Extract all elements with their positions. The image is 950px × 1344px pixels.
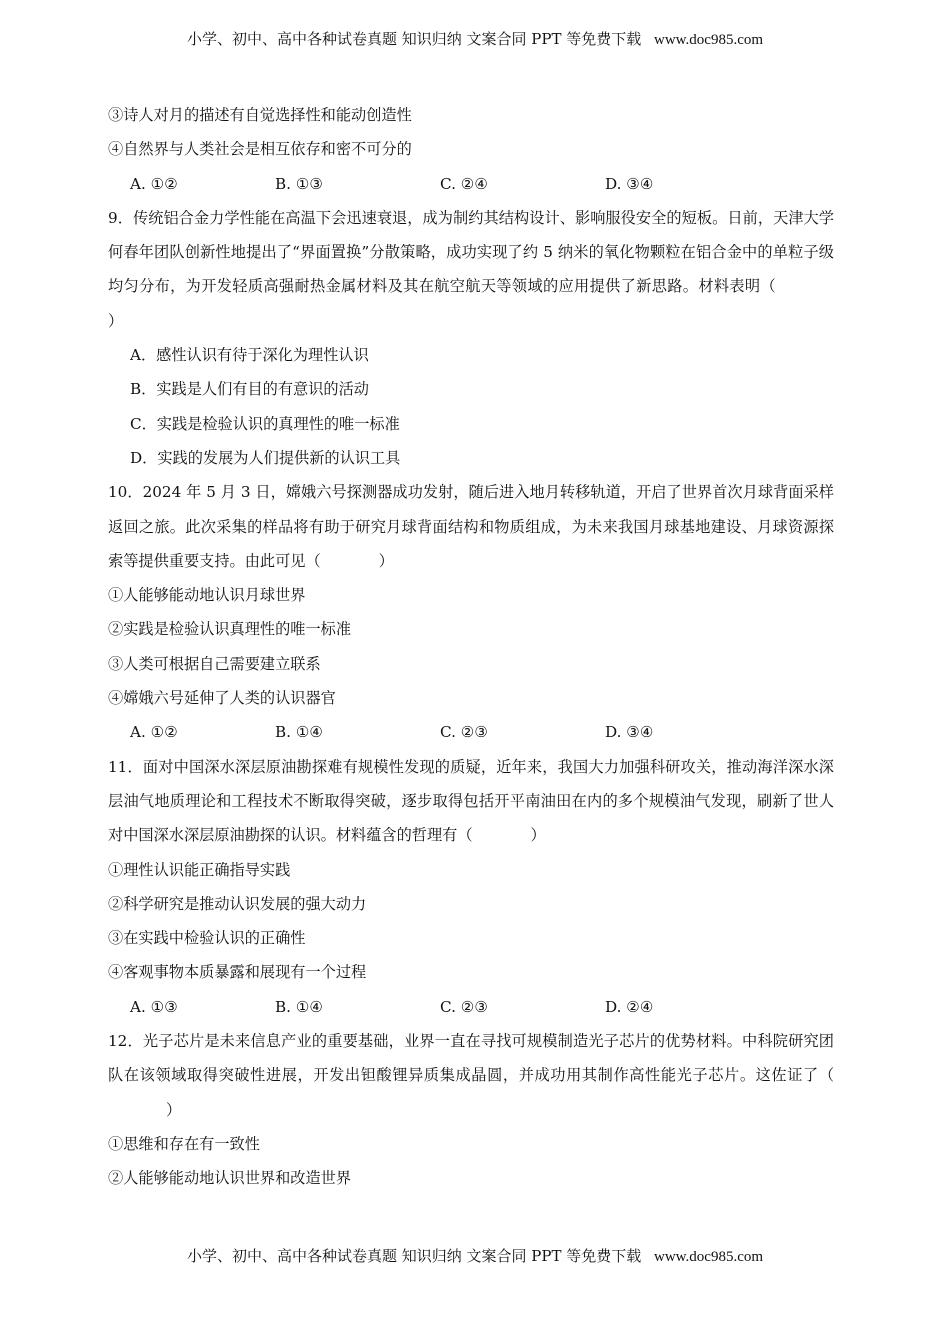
question-8-tail: ③诗人对月的描述有自觉选择性和能动创造性 ④自然界与人类社会是相互依存和密不可分… (108, 98, 834, 201)
option-d[interactable]: D. ③④ (605, 715, 654, 749)
footer-text: 小学、初中、高中各种试卷真题 知识归纳 文案合同 PPT 等免费下载 (187, 1247, 641, 1265)
header-text: 小学、初中、高中各种试卷真题 知识归纳 文案合同 PPT 等免费下载 (187, 30, 641, 48)
answer-options: A. ①② B. ①④ C. ②③ D. ③④ (108, 715, 834, 749)
statement: ①人能够能动地认识月球世界 (108, 578, 834, 612)
page-footer: 小学、初中、高中各种试卷真题 知识归纳 文案合同 PPT 等免费下载 www.d… (0, 1245, 950, 1266)
exam-page: ③诗人对月的描述有自觉选择性和能动创造性 ④自然界与人类社会是相互依存和密不可分… (108, 98, 834, 1196)
question-stem: 12．光子芯片是未来信息产业的重要基础，业界一直在寻找可规模制造光子芯片的优势材… (108, 1024, 834, 1127)
statement: ④自然界与人类社会是相互依存和密不可分的 (108, 132, 834, 166)
question-9: 9．传统铝合金力学性能在高温下会迅速衰退，成为制约其结构设计、影响服役安全的短板… (108, 201, 834, 475)
statement: ③在实践中检验认识的正确性 (108, 921, 834, 955)
choice-d[interactable]: D．实践的发展为人们提供新的认识工具 (108, 441, 834, 475)
stem-text: 9．传统铝合金力学性能在高温下会迅速衰退，成为制约其结构设计、影响服役安全的短板… (108, 209, 834, 296)
question-10: 10．2024 年 5 月 3 日，嫦娥六号探测器成功发射，随后进入地月转移轨道… (108, 475, 834, 749)
statement: ③人类可根据自己需要建立联系 (108, 647, 834, 681)
question-stem: 9．传统铝合金力学性能在高温下会迅速衰退，成为制约其结构设计、影响服役安全的短板… (108, 201, 834, 338)
footer-site-link[interactable]: www.doc985.com (654, 1249, 763, 1265)
statement: ④嫦娥六号延伸了人类的认识器官 (108, 681, 834, 715)
option-a[interactable]: A. ①② (130, 715, 178, 749)
option-a[interactable]: A. ①② (130, 167, 178, 201)
choice-a[interactable]: A．感性认识有待于深化为理性认识 (108, 338, 834, 372)
page-header: 小学、初中、高中各种试卷真题 知识归纳 文案合同 PPT 等免费下载 www.d… (0, 28, 950, 49)
choice-b[interactable]: B．实践是人们有目的有意识的活动 (108, 372, 834, 406)
stem-end: ） (379, 552, 394, 570)
option-b[interactable]: B. ①④ (275, 715, 323, 749)
statement: ④客观事物本质暴露和展现有一个过程 (108, 955, 834, 989)
answer-options: A. ①③ B. ①④ C. ②③ D. ②④ (108, 990, 834, 1024)
statement: ②人能够能动地认识世界和改造世界 (108, 1161, 834, 1195)
choice-c[interactable]: C．实践是检验认识的真理性的唯一标准 (108, 407, 834, 441)
option-c[interactable]: C. ②③ (440, 715, 488, 749)
option-d[interactable]: D. ②④ (605, 990, 654, 1024)
stem-end: ） (531, 826, 546, 844)
option-a[interactable]: A. ①③ (130, 990, 178, 1024)
option-b[interactable]: B. ①③ (275, 167, 323, 201)
question-12: 12．光子芯片是未来信息产业的重要基础，业界一直在寻找可规模制造光子芯片的优势材… (108, 1024, 834, 1195)
stem-end: ） (166, 1101, 181, 1119)
stem-end: ） (108, 312, 123, 330)
stem-text: 11．面对中国深水深层原油勘探难有规模性发现的质疑，近年来，我国大力加强科研攻关… (108, 758, 834, 845)
statement: ③诗人对月的描述有自觉选择性和能动创造性 (108, 98, 834, 132)
question-11: 11．面对中国深水深层原油勘探难有规模性发现的质疑，近年来，我国大力加强科研攻关… (108, 750, 834, 1024)
answer-options: A. ①② B. ①③ C. ②④ D. ③④ (108, 167, 834, 201)
option-b[interactable]: B. ①④ (275, 990, 323, 1024)
option-c[interactable]: C. ②④ (440, 167, 488, 201)
question-stem: 11．面对中国深水深层原油勘探难有规模性发现的质疑，近年来，我国大力加强科研攻关… (108, 750, 834, 853)
statement: ①思维和存在有一致性 (108, 1127, 834, 1161)
stem-text: 10．2024 年 5 月 3 日，嫦娥六号探测器成功发射，随后进入地月转移轨道… (108, 483, 834, 570)
header-site-link[interactable]: www.doc985.com (654, 32, 763, 48)
stem-text: 12．光子芯片是未来信息产业的重要基础，业界一直在寻找可规模制造光子芯片的优势材… (108, 1032, 834, 1084)
statement: ②实践是检验认识真理性的唯一标准 (108, 612, 834, 646)
option-d[interactable]: D. ③④ (605, 167, 654, 201)
option-c[interactable]: C. ②③ (440, 990, 488, 1024)
statement: ①理性认识能正确指导实践 (108, 853, 834, 887)
question-stem: 10．2024 年 5 月 3 日，嫦娥六号探测器成功发射，随后进入地月转移轨道… (108, 475, 834, 578)
statement: ②科学研究是推动认识发展的强大动力 (108, 887, 834, 921)
